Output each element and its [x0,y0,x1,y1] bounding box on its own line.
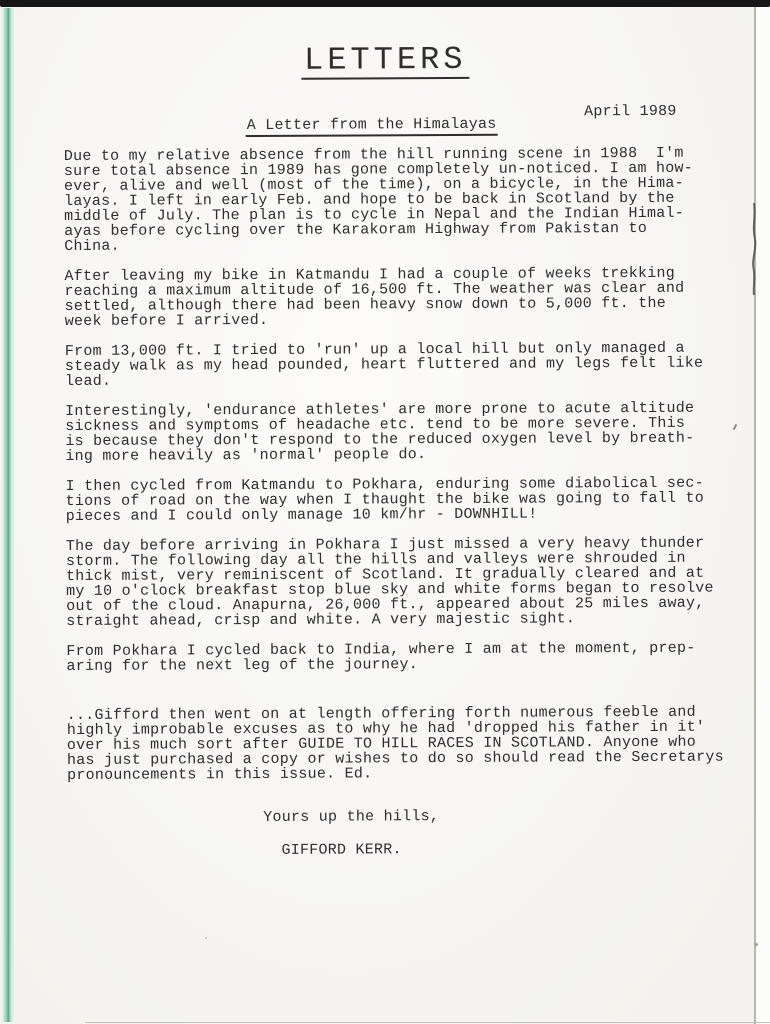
letter-signature: GIFFORD KERR. [67,841,711,859]
scan-right-margin [756,7,770,1024]
letter-paragraph-7: From Pokhara I cycled back to India, whe… [66,641,710,674]
letter-title: A Letter from the Himalayas [50,116,694,138]
letter-title-text: A Letter from the Himalayas [246,117,498,137]
letter-paragraph-2: After leaving my bike in Katmandu I had … [64,266,708,329]
letter-paragraph-3: From 13,000 ft. I tried to 'run' up a lo… [65,341,709,389]
scanned-letter-page: LETTERS April 1989 A Letter from the Him… [0,0,770,1024]
letter-paragraph-4: Interestingly, 'endurance athletes' are … [65,401,709,464]
letter-paragraph-1: Due to my relative absence from the hill… [64,146,709,254]
letter-paragraph-5: I then cycled from Katmandu to Pokhara, … [66,476,710,524]
letter-closing: Yours up the hills, [67,808,711,826]
masthead-title-text: LETTERS [301,43,470,80]
scan-speck [755,943,758,946]
letter-body: Due to my relative absence from the hill… [64,146,711,783]
scan-bottom-line [85,1022,770,1023]
editor-note: ...Gifford then went on at length offeri… [67,705,711,783]
scan-speck [733,424,738,430]
scan-speck [205,937,207,939]
page-binding-edge [2,8,14,1022]
masthead-title: LETTERS [63,41,707,81]
letter-paragraph-6: The day before arriving in Pokhara I jus… [66,536,710,629]
page-edge-crease [749,203,759,295]
letter-content: LETTERS April 1989 A Letter from the Him… [63,0,711,859]
